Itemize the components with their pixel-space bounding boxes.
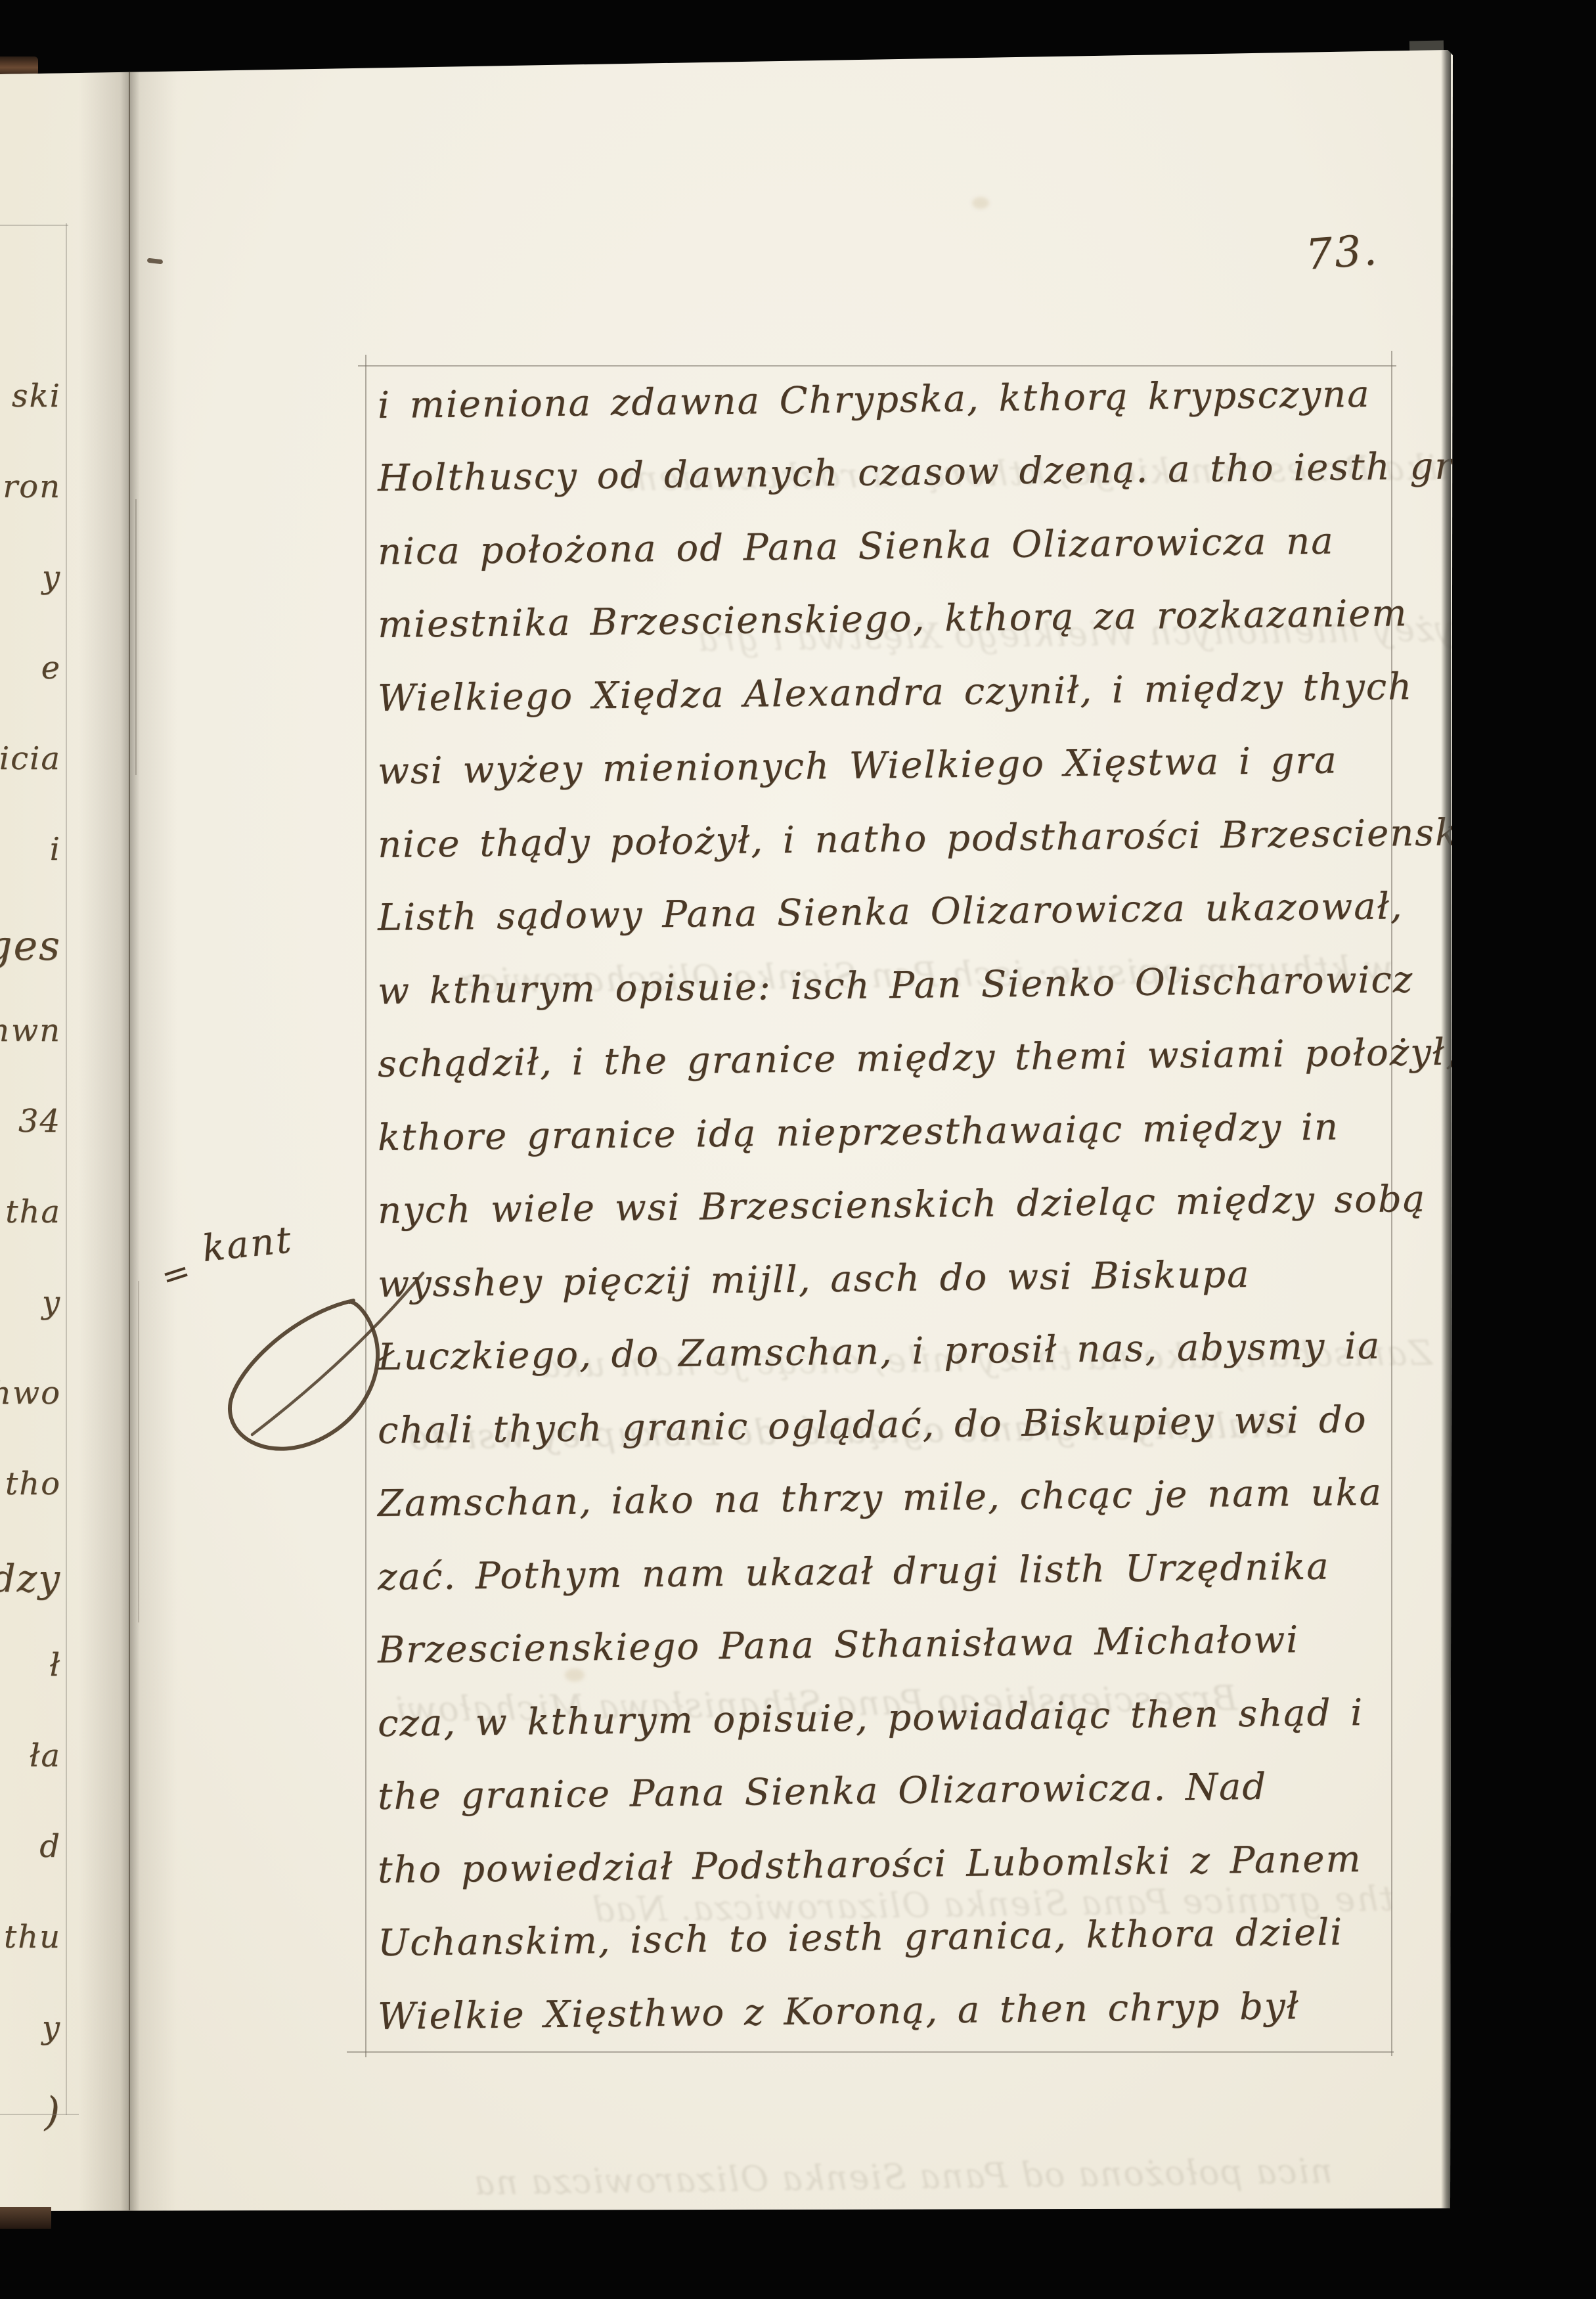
page-block-right-edge	[1441, 49, 1451, 2211]
left-page-text-fragment: ła	[30, 1737, 61, 1774]
text-frame-left-rule	[365, 355, 366, 2057]
left-page-text-fragment: y	[42, 559, 61, 596]
margin-note-prefix: =	[156, 1251, 196, 1298]
manuscript-line: Uchanskim, isch to iesth granica, kthora…	[378, 1911, 1344, 1965]
text-frame-top-rule	[358, 365, 1396, 367]
manuscript-line: wysshey pięczij mijll, asch do wsi Bisku…	[378, 1253, 1251, 1306]
left-page-text-fragment: sthwn	[0, 1012, 61, 1049]
manuscript-line: schądził, i the granice między themi wsi…	[378, 1031, 1459, 1086]
manuscript-line: Wielkiego Xiędza Alexandra czynił, i mię…	[378, 665, 1413, 720]
page-number: 73.	[1304, 226, 1381, 280]
margin-note: = kant	[156, 1223, 432, 1499]
scan-background: ski ron y e icia i ges sthwn 34 tha y th…	[0, 0, 1596, 2299]
manuscript-line: the granice Pana Sienka Olizarowicza. Na…	[378, 1766, 1268, 1818]
gutter-crease	[129, 72, 130, 2210]
margin-flourish-paraph	[214, 1270, 431, 1494]
left-page-text-fragment: y	[42, 2009, 61, 2046]
gutter-crease-mark	[138, 1281, 139, 1622]
gutter-shadow	[79, 59, 177, 2217]
left-page-text-fragment: ł	[49, 1647, 61, 1684]
text-frame-bottom-rule	[347, 2051, 1394, 2053]
book-open-pages: ski ron y e icia i ges sthwn 34 tha y th…	[0, 0, 1455, 2220]
manuscript-line: zać. Pothym nam ukazał drugi listh Urzęd…	[378, 1546, 1330, 1599]
manuscript-line: Listh sądowy Pana Sienka Olizarowicza uk…	[378, 885, 1404, 939]
left-page-text-fragment: ges	[0, 922, 61, 970]
manuscript-line: nych wiele wsi Brzescienskich dzieląc mi…	[378, 1178, 1427, 1232]
manuscript-line: wsi wyżey mienionych Wielkiego Xięstwa i…	[378, 739, 1338, 793]
left-page-text-fragment: iedzy	[0, 1556, 61, 1601]
left-page-text-fragment: 34	[18, 1103, 61, 1140]
left-page-text-fragment: y	[42, 1284, 61, 1321]
manuscript-line: i mieniona zdawna Chrypska, kthorą kryps…	[378, 373, 1371, 427]
left-page-text-fragment: i	[50, 831, 61, 868]
margin-note-text: kant	[200, 1218, 295, 1270]
left-page-text-fragment: thu	[4, 1919, 61, 1955]
gutter-crease-mark	[135, 499, 137, 775]
book-spine-top-edge	[0, 56, 38, 75]
left-page-top-rule	[0, 225, 68, 226]
manuscript-line: Holthuscy od dawnych czasow dzeną. a tho…	[378, 445, 1477, 500]
left-page-text-fragment: tho	[5, 1465, 61, 1502]
left-page-text-fragment: )	[45, 2089, 61, 2135]
left-page-text-fragment: e	[41, 650, 61, 686]
manuscript-line: Wielkie Xięsthwo z Koroną, a then chryp …	[378, 1985, 1300, 2038]
manuscript-line: nica położona od Pana Sienka Olizarowicz…	[378, 520, 1335, 573]
left-page-text-fragment: d	[39, 1828, 61, 1865]
left-page-margin-rule	[66, 223, 67, 2115]
left-page-bottom-rule	[0, 2114, 79, 2115]
manuscript-line: nice thądy położył, i natho podstharości…	[378, 811, 1473, 866]
left-page-text-fragment: ski	[12, 378, 61, 414]
foxing-spot	[565, 1668, 585, 1682]
left-page-text-fragment: thwo	[0, 1375, 61, 1412]
book-cover-bottom-edge	[0, 2207, 51, 2229]
left-page-text-fragment: tha	[5, 1194, 61, 1230]
manuscript-line: Zamschan, iako na thrzy mile, chcąc je n…	[378, 1471, 1383, 1525]
left-page-text-fragment: ron	[3, 468, 61, 505]
bleedthrough-text: nica położona od Pana Sienka Olizarowicz…	[473, 2152, 1333, 2203]
manuscript-line: Brzescienskiego Pana Sthanisława Michało…	[378, 1618, 1300, 1672]
left-page-text-fragment: icia	[0, 740, 61, 777]
foxing-spot	[972, 197, 989, 209]
manuscript-line: kthore granice idą nieprzesthawaiąc międ…	[378, 1105, 1340, 1159]
